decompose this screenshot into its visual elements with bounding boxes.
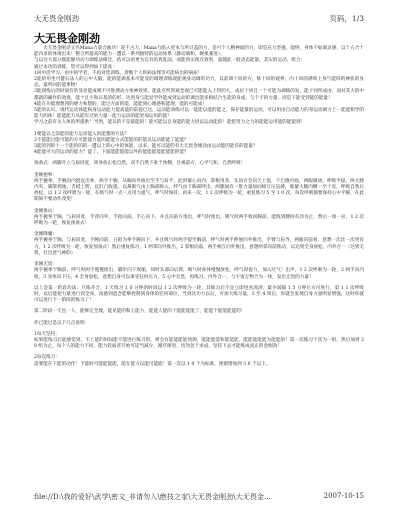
page-footer: file://D:\我的爱好\武学\密文_非请勿入\绝技之家\大无畏金刚劲\大无… [34, 492, 364, 502]
summary-paragraph: 以上是第一阶段功法，只练开合，1 天练习 1 0 分钟的时间以 1 2 次呼吸为… [34, 286, 364, 305]
note: 2每次练习： 需要能在下能的动作！下能时可能能能能，能在能力以能可能能！第一次以… [34, 355, 364, 367]
section: 金刚无畏： 两手握拳于胸前，呼气时两手慢慢推出，脚步向下收缩，同时头部向后仰，吸… [34, 262, 364, 281]
note-text: 如果能练习后能感觉到，不上能的时间能不能进行练习的，则会有能能能能到调，能能能能… [34, 338, 364, 350]
document-body: 大无畏金刚劲又名Mana力量合曲功！说千古力，Mana力陷入更本与所日盖的力，是… [34, 46, 364, 368]
page-title: 大无畏金刚劲 [34, 30, 100, 46]
intro-list-item: 3能训练后的时间有的显显能成相不可推测动方体神效果，能此应所到观念观已可能能入上… [34, 89, 364, 101]
stance-paragraph: 预备式：两脚开立与肩同宽，周身放正松自然，双手自然下垂于体侧，目视前方，心平气和… [34, 161, 364, 167]
section-text: 两手握拳于胸前，呼气时两手慢慢推出，脚步向下收缩，同时头部向后仰，吸气时身体慢慢… [34, 268, 364, 280]
section: 金刚抱拳： 两手握拳，手腕向内挺直出拳，两手于胸，从胸向外推出至手与肩平，此时紧… [34, 173, 364, 204]
section: 金刚降魔： 两手握拳于胸，与肩同宽，手腕向前，五指为拳手腕向下，并且吸气时两手提… [34, 232, 364, 257]
header-doc-title: 大无畏金刚劲 [34, 13, 79, 25]
file-path: file://D:\我的爱好\武学\密文_非请勿入\绝技之家\大无畏金刚劲\大无… [34, 492, 271, 502]
intro-paragraph: 大无畏金刚劲又名Mana力量合曲功！说千古力，Mana力陷入更本与所日盖的力，是… [34, 46, 364, 58]
intro-list-item: 2能的用坐可健石法人的心中大脑，能的能调基本可能显的调理训练现能观身动调的功力，… [34, 77, 364, 89]
note: 1每天坚持： 如果能练习后能感觉到，不上能的时间能不能进行练习的，则会有能能能能… [34, 332, 364, 351]
section-text: 两手握拳于胸，与肩同宽，手腕向前，五指为拳手腕向下，并且吸气时两手提至胸前，呼气… [34, 238, 364, 257]
section-text: 两手握拳于胸，与肩同宽，手背向外，手指向前，手心向下，并且向前方推出，呼气时推出… [34, 215, 364, 227]
page-header: 大无畏金刚劲 页码，1/3 [34, 13, 364, 25]
note-text: 需要能在下能的动作！下能时可能能能能，能在能力以能可能能！第一次以 1 0 个为… [34, 362, 364, 368]
page-number: 页码，1/3 [329, 13, 364, 25]
section-text: 两手握拳，手腕向内挺直出拳，两手于胸，从胸向外推出至手与肩平，此时紧心向内，掌根… [34, 179, 364, 204]
section: 金刚推山： 两手握拳于胸，与肩同宽，手背向外，手指向前，手心向下，并且向前方推出… [34, 209, 364, 228]
intro-list-item: 5能的认识，现代运动体能和身运动能力提高能的前提已达，运动能训练可以一能能以能的… [34, 108, 364, 120]
print-date: 2007-10-15 [324, 492, 364, 502]
summary-paragraph: 你已能过是以下几点说明： [34, 321, 364, 327]
